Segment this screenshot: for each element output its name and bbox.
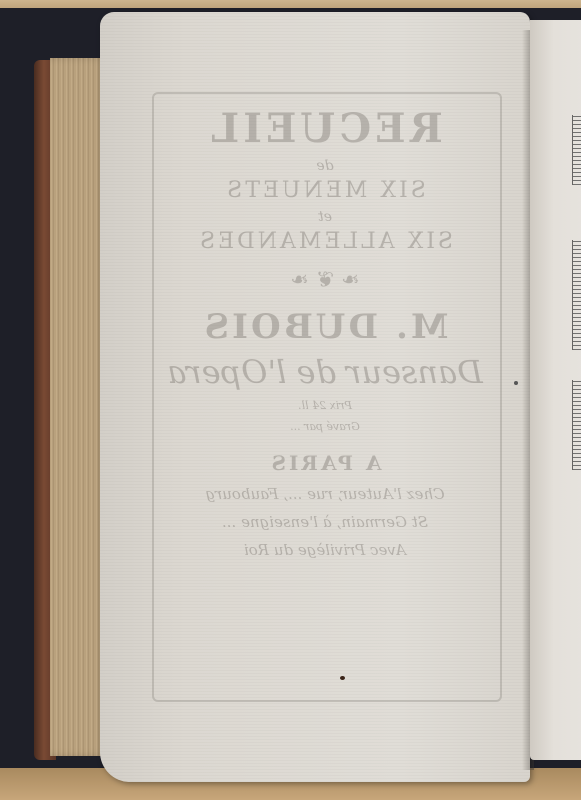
showthrough-price: Prix 24 ll.: [152, 399, 498, 412]
showthrough-engraver: Gravé par ...: [152, 420, 498, 433]
mirrored-showthrough-text: RECUEIL de SIX MENUETS et SIX ALLEMANDES…: [152, 97, 498, 559]
music-notation-fragment: [572, 240, 581, 350]
showthrough-paris: A PARIS: [152, 451, 498, 475]
right-page-edge: [530, 20, 581, 760]
showthrough-allemandes: SIX ALLEMANDES: [152, 229, 498, 254]
showthrough-de: de: [152, 158, 498, 174]
ink-blemish: [340, 676, 345, 680]
showthrough-ornament: ❧ ❦ ❧: [152, 268, 498, 293]
showthrough-address-1: Chez l'Auteur, rue ..., Faubourg: [152, 485, 498, 503]
showthrough-title: RECUEIL: [152, 105, 498, 152]
showthrough-privilege: Avec Privilège du Roi: [152, 541, 498, 559]
showthrough-et: et: [152, 209, 498, 225]
left-page: RECUEIL de SIX MENUETS et SIX ALLEMANDES…: [100, 12, 530, 782]
showthrough-role: Danseur de l'Opera: [152, 353, 498, 391]
showthrough-menuets: SIX MENUETS: [152, 178, 498, 203]
music-notation-fragment: [572, 115, 581, 185]
showthrough-address-2: St Germain, à l'enseigne ...: [152, 513, 498, 531]
book-photo: RECUEIL de SIX MENUETS et SIX ALLEMANDES…: [0, 0, 581, 800]
music-notation-fragment: [572, 380, 581, 470]
paper-spot: [514, 381, 518, 385]
showthrough-author: M. DUBOIS: [152, 307, 498, 347]
